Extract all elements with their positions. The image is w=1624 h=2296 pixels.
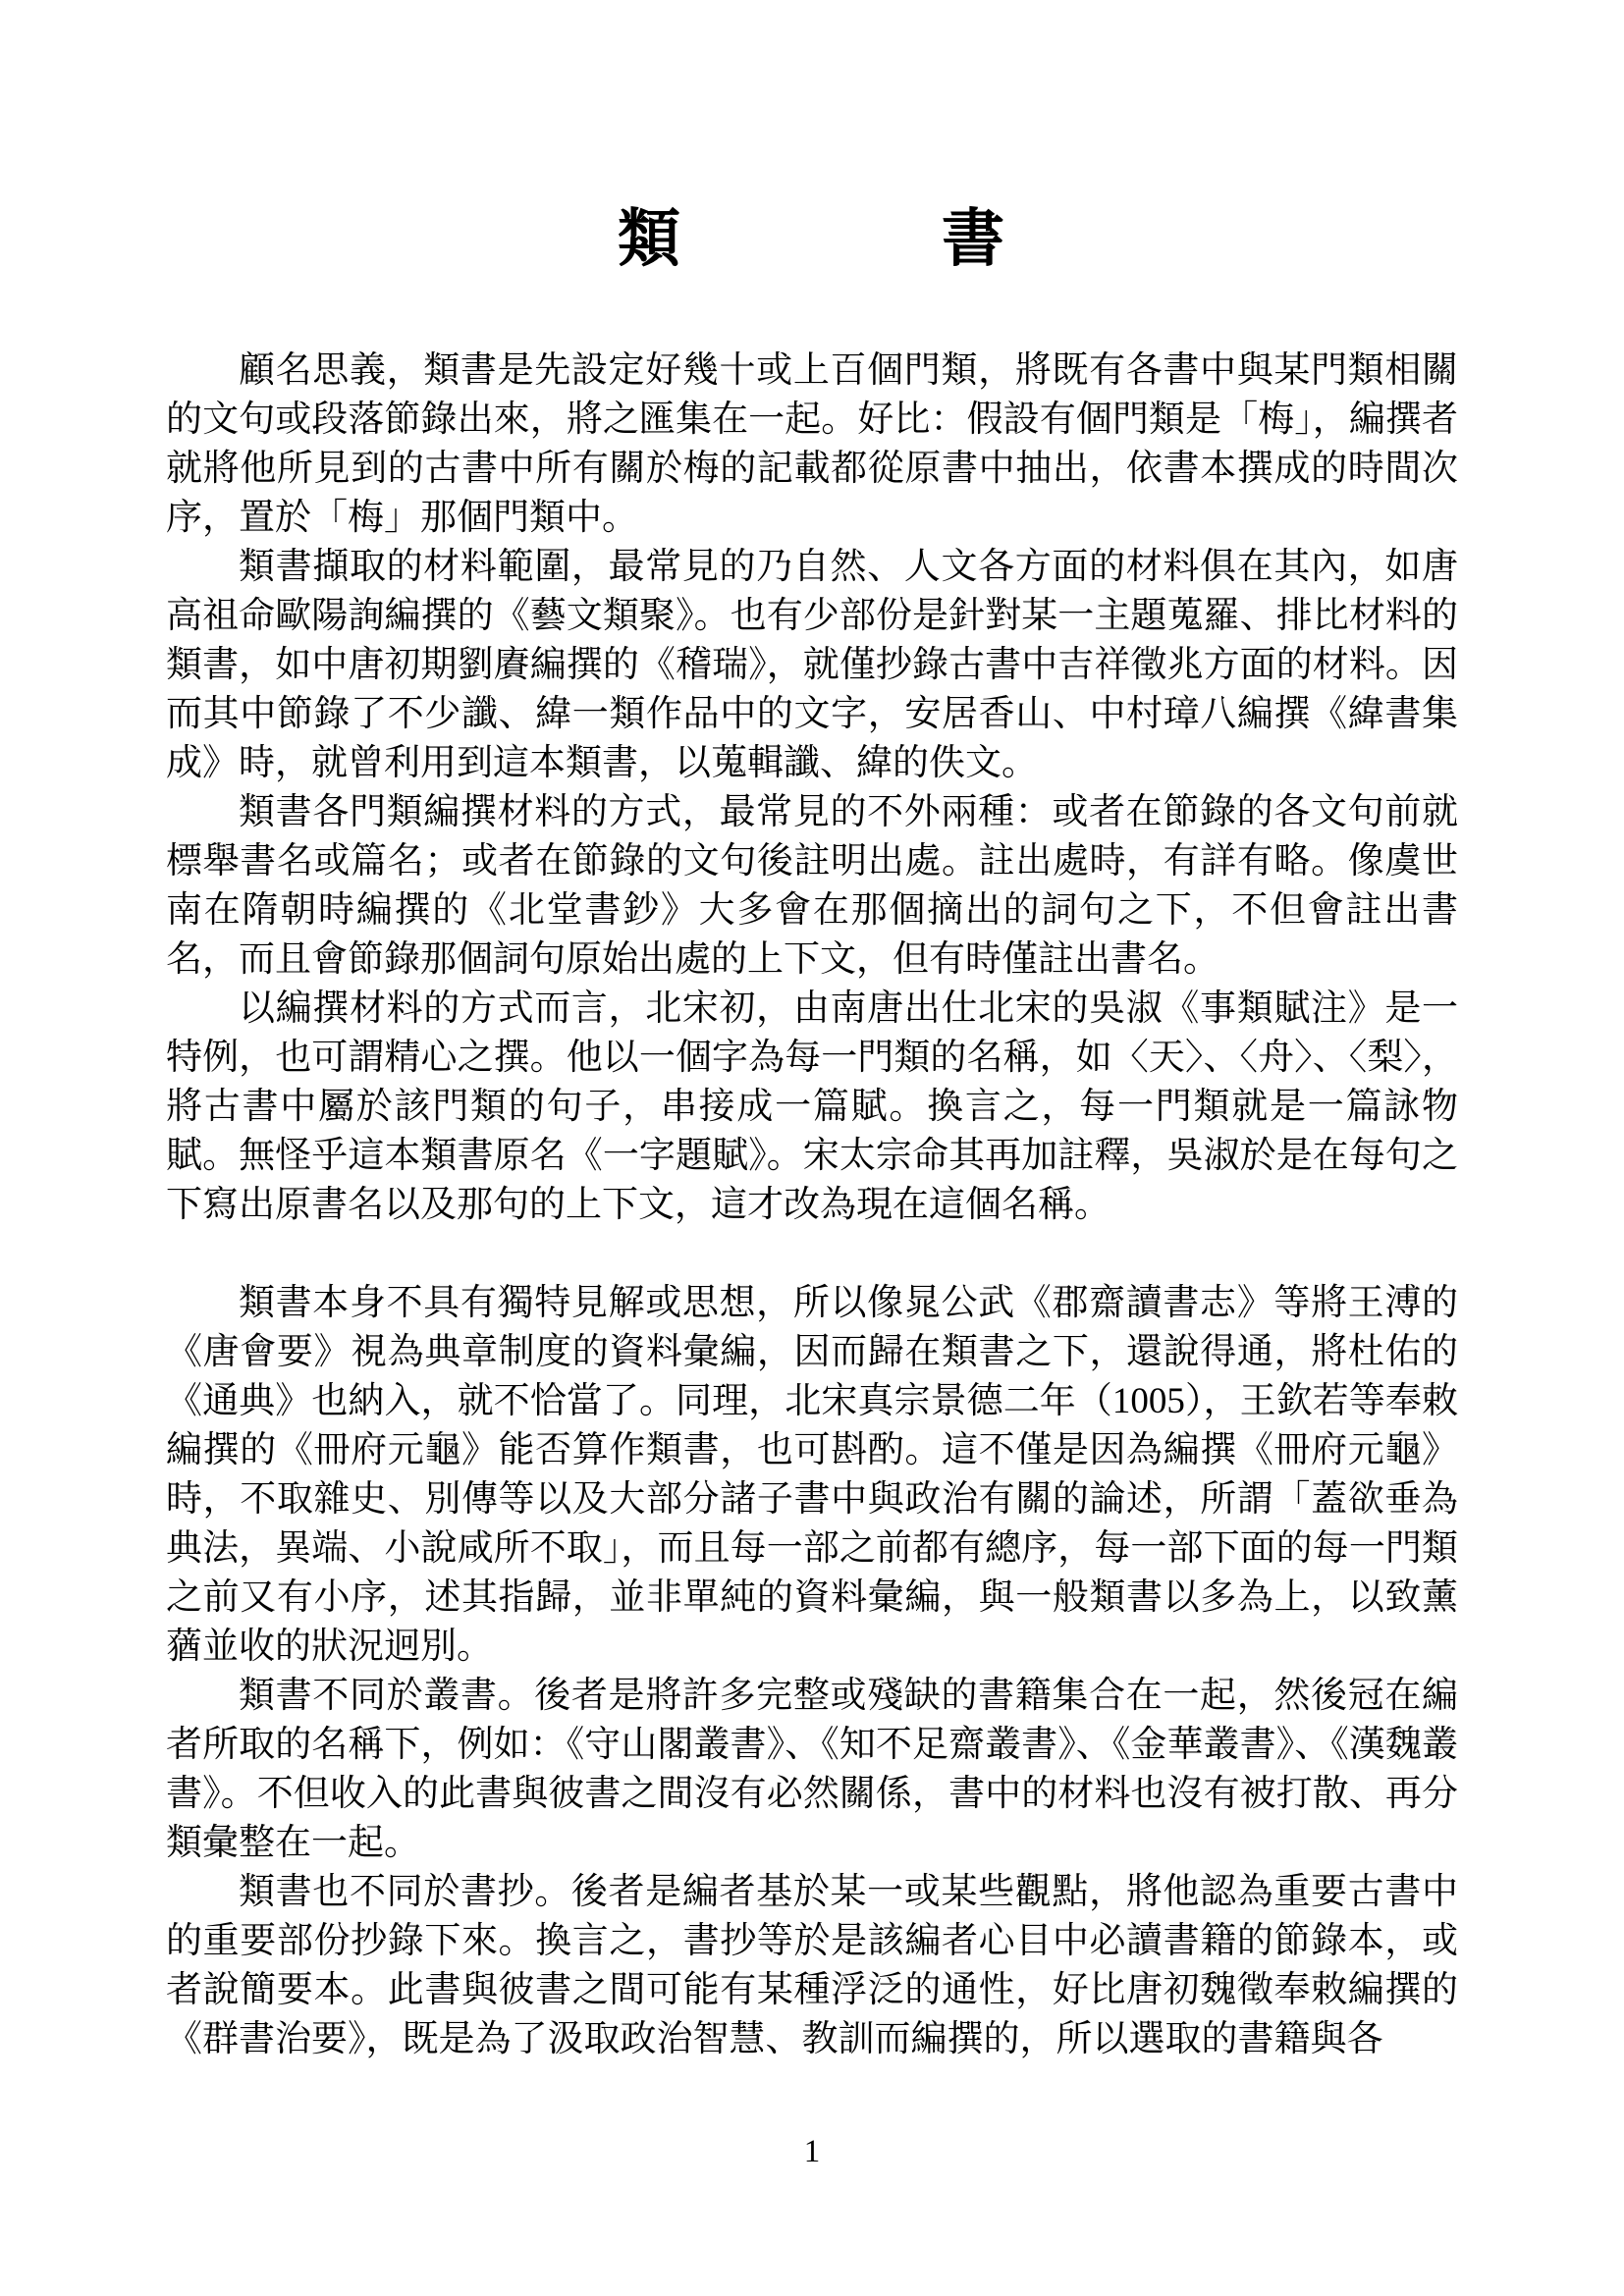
page-number: 1 (0, 2132, 1624, 2171)
document-page: 類 書 顧名思義，類書是先設定好幾十或上百個門類，將既有各書中與某門類相關的文句… (0, 0, 1624, 2296)
paragraph-5: 類書本身不具有獨特見解或思想，所以像晁公武《郡齋讀書志》等將王溥的《唐會要》視為… (166, 1279, 1458, 1672)
paragraph-7: 類書也不同於書抄。後者是編者基於某一或某些觀點，將他認為重要古書中的重要部份抄錄… (166, 1868, 1458, 2064)
paragraph-4: 以編撰材料的方式而言，北宋初，由南唐出仕北宋的吳淑《事類賦注》是一特例，也可謂精… (166, 985, 1458, 1230)
document-title: 類 書 (0, 0, 1624, 280)
paragraph-2: 類書擷取的材料範圍，最常見的乃自然、人文各方面的材料俱在其內，如唐高祖命歐陽詢編… (166, 543, 1458, 788)
paragraph-6: 類書不同於叢書。後者是將許多完整或殘缺的書籍集合在一起，然後冠在編者所取的名稱下… (166, 1672, 1458, 1868)
document-body: 顧名思義，類書是先設定好幾十或上百個門類，將既有各書中與某門類相關的文句或段落節… (166, 347, 1458, 2064)
paragraph-1: 顧名思義，類書是先設定好幾十或上百個門類，將既有各書中與某門類相關的文句或段落節… (166, 347, 1458, 543)
paragraph-3: 類書各門類編撰材料的方式，最常見的不外兩種：或者在節錄的各文句前就標舉書名或篇名… (166, 788, 1458, 985)
